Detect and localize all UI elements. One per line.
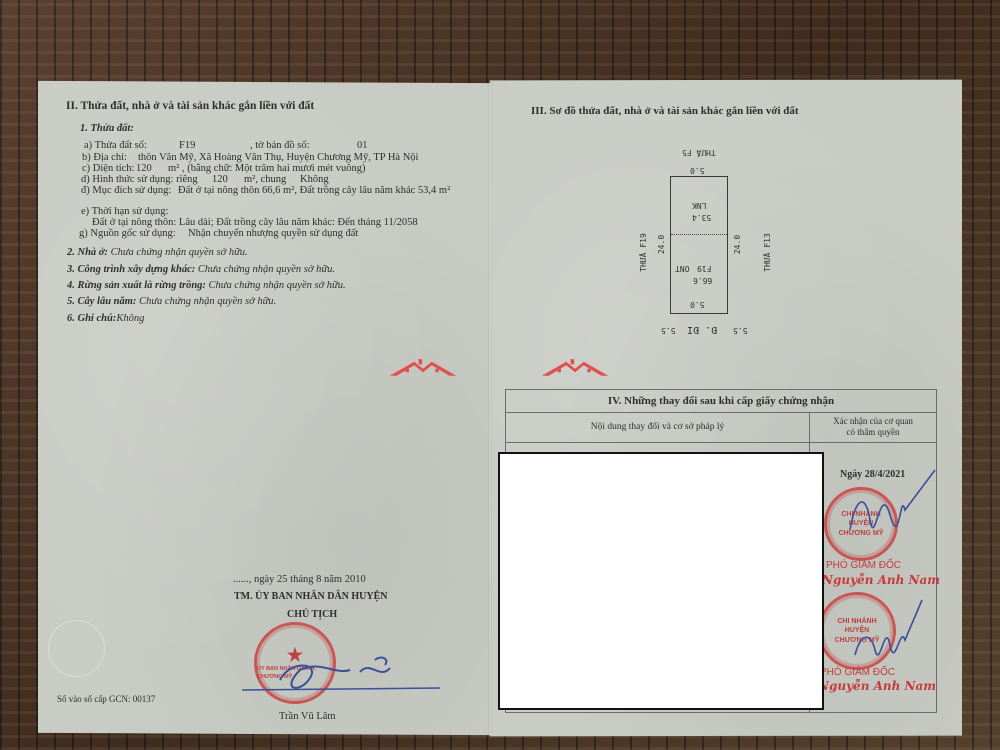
parcel-number-value: F19 [179, 141, 195, 152]
item-perennial-trees-label: 5. Cây lâu năm: [67, 296, 136, 307]
section-iii-title: III. Sơ đồ thửa đất, nhà ở và tài sản kh… [531, 106, 799, 117]
road-left-width: 5.5 [661, 326, 675, 335]
changes-table-header: Nội dung thay đổi và cơ sở pháp lý Xác n… [506, 412, 936, 443]
item-perennial-trees: 5. Cây lâu năm: Chưa chứng nhận quyền sở… [67, 297, 276, 308]
house-logo-watermark-icon [388, 355, 458, 379]
lower-zone-area: 66.6 [693, 276, 712, 285]
private-area-value: 120 [212, 175, 228, 186]
top-width-label: 5.0 [690, 166, 704, 175]
upper-zone-area: 53.4 [692, 213, 711, 222]
confirm-name-1: Nguyễn Anh Nam [822, 574, 940, 586]
top-neighbor-label: THỬA F5 [682, 148, 716, 157]
usage-term-value: Đất ở tại nông thôn: Lâu dài; Đất trồng … [92, 218, 418, 229]
item-notes-label: 6. Ghi chú: [67, 313, 116, 324]
item-notes-value: Không [116, 313, 144, 324]
bottom-width-label: 5.0 [690, 300, 704, 309]
parcel-number-label: a) Thửa đất số: [84, 141, 147, 152]
lower-zone-parcel: F19 [697, 264, 711, 273]
upper-zone-code: LNK [692, 201, 706, 210]
usage-term-label: e) Thời hạn sử dụng: [81, 207, 168, 218]
address-value: thôn Văn Mỹ, Xã Hoàng Văn Thụ, Huyện Chư… [138, 153, 418, 164]
changes-table-title: IV. Những thay đổi sau khi cấp giấy chứn… [506, 390, 936, 413]
confirm-title-1: PHÓ GIÁM ĐỐC [826, 561, 901, 571]
item-house: 2. Nhà ở: Chưa chứng nhận quyền sở hữu. [67, 248, 248, 259]
zone-divider [671, 234, 727, 235]
signature-branch-1 [840, 460, 940, 545]
house-logo-watermark-icon [540, 355, 610, 379]
usage-purpose-value: Đất ở tại nông thôn 66,6 m², Đất trồng c… [178, 186, 450, 197]
road-label: Đ. ĐI [687, 324, 717, 335]
right-neighbor-label: THỬA F13 [763, 233, 772, 272]
item-other-construction-label: 3. Công trình xây dựng khác: [67, 264, 195, 275]
signer-name: Trần Vũ Lâm [279, 712, 336, 723]
item-production-forest: 4. Rừng sản xuất là rừng trồng: Chưa chứ… [67, 281, 346, 292]
emblem-watermark-icon [48, 620, 105, 677]
road-right-width: 5.5 [733, 326, 747, 335]
land-heading: 1. Thửa đất: [80, 124, 134, 135]
confirm-name-2: Nguyễn Anh Nam [818, 680, 936, 692]
issuing-authority: TM. ỦY BAN NHÂN DÂN HUYỆN [234, 592, 388, 602]
confirm-title-2: PHÓ GIÁM ĐỐC [820, 668, 895, 678]
redaction-box [498, 452, 824, 710]
column-header-confirmation: Xác nhận của cơ quan có thẩm quyền [810, 412, 936, 442]
usage-purpose-label: đ) Mục đích sử dụng: [81, 186, 171, 197]
origin-label: g) Nguồn gốc sử dụng: [79, 229, 176, 240]
registry-number: Số vào sổ cấp GCN: 00137 [57, 695, 155, 704]
right-side-length: 24.0 [733, 235, 742, 254]
origin-value: Nhận chuyển nhượng quyền sử dụng đất [188, 229, 358, 240]
shared-area-value: Không [300, 175, 329, 186]
signature-branch-2 [850, 595, 930, 665]
lower-zone-code: ONT [675, 264, 689, 273]
address-label: b) Địa chỉ: [82, 153, 127, 164]
land-plot-diagram [670, 176, 728, 314]
area-unit: m² [168, 164, 179, 175]
left-side-length: 24.0 [657, 235, 666, 254]
area-label: c) Diện tích: [82, 164, 134, 175]
map-sheet-value: 01 [357, 141, 368, 152]
map-sheet-label: , tờ bản đồ số: [250, 141, 310, 152]
shared-unit-label: m², chung [244, 175, 286, 186]
area-in-words: , (bằng chữ: Một trăm hai mươi mét vuông… [182, 164, 365, 175]
signature-left [240, 650, 450, 695]
item-other-construction: 3. Công trình xây dựng khác: Chưa chứng … [67, 265, 335, 276]
signer-position: CHỦ TỊCH [287, 610, 337, 620]
item-perennial-trees-value: Chưa chứng nhận quyền sở hữu. [139, 296, 276, 307]
column-header-content: Nội dung thay đổi và cơ sở pháp lý [506, 412, 809, 442]
item-house-value: Chưa chứng nhận quyền sở hữu. [111, 247, 248, 258]
item-other-construction-value: Chưa chứng nhận quyền sở hữu. [198, 264, 335, 275]
area-value: 120 [136, 164, 152, 175]
page-fold [488, 80, 492, 736]
usage-form-label: d) Hình thức sử dụng: riêng [81, 175, 198, 186]
section-ii-title: II. Thửa đất, nhà ở và tài sản khác gắn … [66, 101, 314, 113]
item-house-label: 2. Nhà ở: [67, 247, 108, 258]
item-production-forest-value: Chưa chứng nhận quyền sở hữu. [209, 280, 346, 291]
left-neighbor-label: THỬA F19 [639, 233, 648, 272]
issue-date-line: ......, ngày 25 tháng 8 năm 2010 [233, 575, 366, 586]
item-notes: 6. Ghi chú:Không [67, 314, 144, 325]
item-production-forest-label: 4. Rừng sản xuất là rừng trồng: [67, 280, 206, 291]
